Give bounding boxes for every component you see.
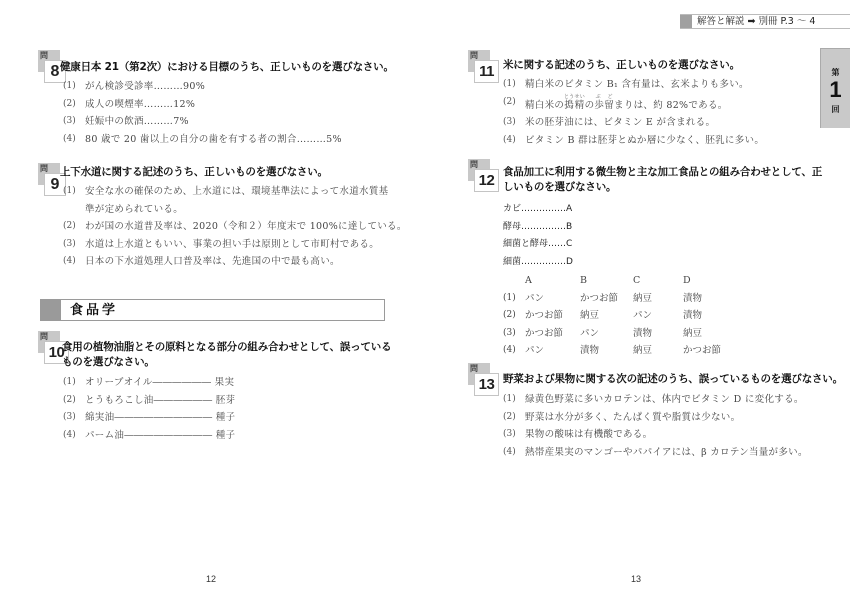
section-header: 食品学 <box>40 299 385 321</box>
combination-table: A B C D (1) パン かつお節 納豆 漬物 (2) かつお節 納豆 パン… <box>503 272 743 360</box>
table-header-row: A B C D <box>503 272 743 290</box>
options-list: (1)安全な水の確保のため、上水道には、環境基準法によって水道水質基 準が定めら… <box>63 183 407 271</box>
table-row: (1) パン かつお節 納豆 漬物 <box>503 290 743 308</box>
option: (2)成人の喫煙率………12% <box>63 96 342 114</box>
options-list: (1)オリーブオイル―――――― 果実 (2)とうもろこし油―――――― 胚芽 … <box>63 374 235 444</box>
page-number: 12 <box>206 574 216 584</box>
option: (2)わが国の水道普及率は、2020（令和２）年度末で 100%に達している。 <box>63 218 407 236</box>
question-text: 野菜および果物に関する次の記述のうち、誤っているものを選びなさい。 <box>503 372 843 387</box>
option: (1)がん検診受診率………90% <box>63 78 342 96</box>
option: (3)果物の酸味は有機酸である。 <box>503 426 808 444</box>
question-number-badge: 問 11 <box>468 50 502 84</box>
table-row: (3) かつお節 パン 漬物 納豆 <box>503 325 743 343</box>
option: (4)日本の下水道処理人口普及率は、先進国の中で最も高い。 <box>63 253 407 271</box>
right-page: 解答と解説 ➡ 別冊 P.3 〜 4 第 1 回 問 11 米に関する記述のうち… <box>425 0 850 602</box>
question-text: 食用の植物油脂とその原料となる部分の組み合わせとして、誤っている ものを選びなさ… <box>62 340 391 370</box>
option: (2)精白米の搗精とうせいの歩留ぶ どまりは、約 82%である。 <box>503 94 764 115</box>
option-continuation: 準が定められている。 <box>63 201 407 219</box>
option: (4)80 歳で 20 歯以上の自分の歯を有する者の割合………5% <box>63 131 342 149</box>
table-row: (4) パン 漬物 納豆 かつお節 <box>503 342 743 360</box>
option: (2)野菜は水分が多く、たんぱく質や脂質は少ない。 <box>503 409 808 427</box>
left-page: 問 8 健康日本 21（第2次）における目標のうち、正しいものを選びなさい。 (… <box>0 0 425 602</box>
option: (3)綿実油―――――――――― 種子 <box>63 409 235 427</box>
options-list: (1)緑黄色野菜に多いカロテンは、体内でビタミン D に変化する。 (2)野菜は… <box>503 391 808 461</box>
option: (1)精白米のビタミン B₁ 含有量は、玄米よりも多い。 <box>503 76 764 94</box>
page-number: 13 <box>631 574 641 584</box>
question-text: 上下水道に関する記述のうち、正しいものを選びなさい。 <box>60 165 328 180</box>
option: (3)米の胚芽油には、ビタミン E が含まれる。 <box>503 114 764 132</box>
round-side-tab: 第 1 回 <box>820 48 850 128</box>
option: (1)オリーブオイル―――――― 果実 <box>63 374 235 392</box>
table-row: (2) かつお節 納豆 パン 漬物 <box>503 307 743 325</box>
question-text: 健康日本 21（第2次）における目標のうち、正しいものを選びなさい。 <box>60 60 394 75</box>
section-tab-marker <box>40 299 61 321</box>
answer-reference-header: 解答と解説 ➡ 別冊 P.3 〜 4 <box>680 14 850 29</box>
microbe-legend: カビ……………A 酵母……………B 細菌と酵母……C 細菌……………D <box>503 201 573 271</box>
options-list: (1)がん検診受診率………90% (2)成人の喫煙率………12% (3)妊娠中の… <box>63 78 342 148</box>
answer-reference-text: 解答と解説 ➡ 別冊 P.3 〜 4 <box>697 15 815 28</box>
question-text: 米に関する記述のうち、正しいものを選びなさい。 <box>503 58 740 73</box>
option: (3)妊娠中の飲酒………7% <box>63 113 342 131</box>
option: (2)とうもろこし油―――――― 胚芽 <box>63 392 235 410</box>
question-number-badge: 問 13 <box>468 363 502 397</box>
question-text: 食品加工に利用する微生物と主な加工食品との組み合わせとして、正 しいものを選びな… <box>503 165 822 195</box>
option: (3)水道は上水道ともいい、事業の担い手は原則として市町村である。 <box>63 236 407 254</box>
option: (4)ビタミン B 群は胚芽とぬか層に少なく、胚乳に多い。 <box>503 132 764 150</box>
option: (4)パーム油――――――――― 種子 <box>63 427 235 445</box>
option: (4)熱帯産果実のマンゴーやパパイアには、β カロテン当量が多い。 <box>503 444 808 462</box>
section-title: 食品学 <box>70 301 118 320</box>
option: (1)安全な水の確保のため、上水道には、環境基準法によって水道水質基 <box>63 183 407 201</box>
question-number-badge: 問 12 <box>468 159 502 193</box>
options-list: (1)精白米のビタミン B₁ 含有量は、玄米よりも多い。 (2)精白米の搗精とう… <box>503 76 764 149</box>
option: (1)緑黄色野菜に多いカロテンは、体内でビタミン D に変化する。 <box>503 391 808 409</box>
header-tab-marker <box>680 15 692 28</box>
